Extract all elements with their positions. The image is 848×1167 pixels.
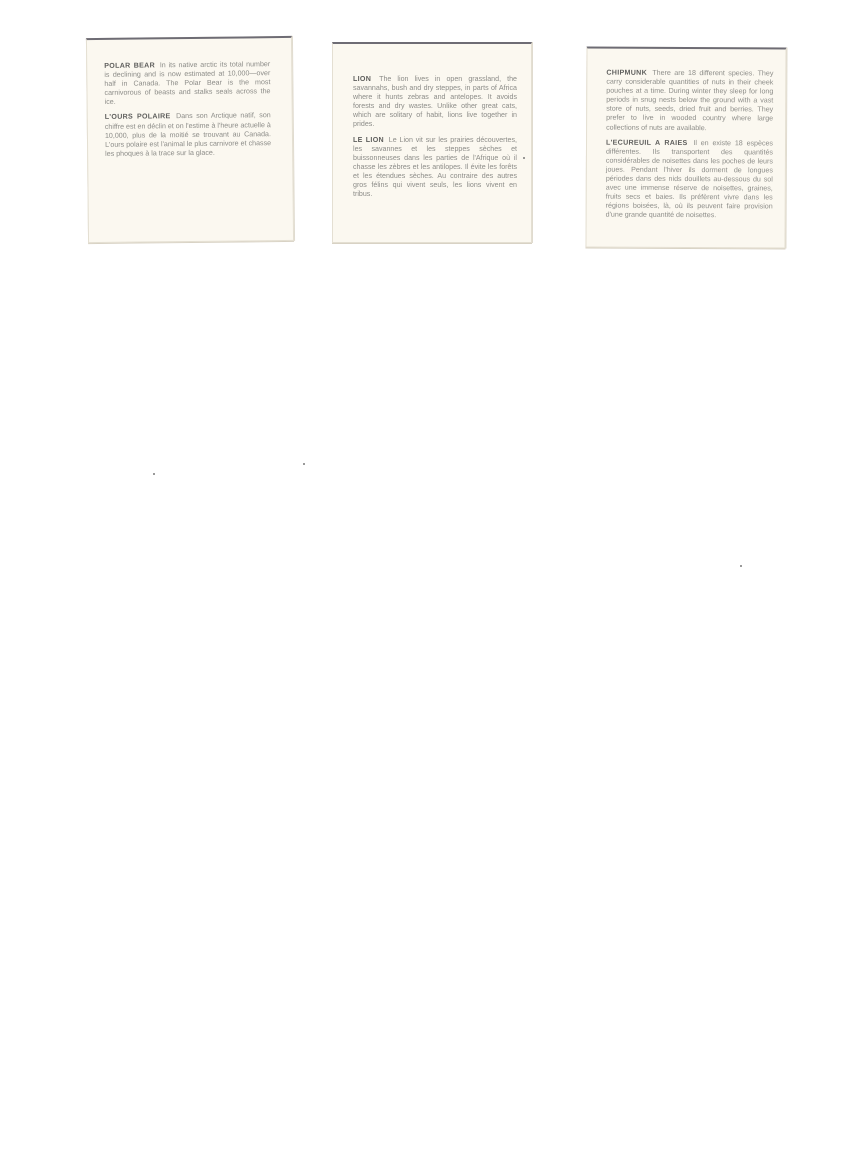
description-french: Il en existe 18 espèces différentes. Ils… [606,139,773,220]
french-paragraph: L'ECUREUIL A RAIES Il en existe 18 espèc… [606,138,773,221]
animal-name-english: POLAR BEAR [104,61,155,70]
card-lion: LION The lion lives in open grassland, t… [332,42,532,243]
animal-name-french: L'ECUREUIL A RAIES [606,138,688,146]
card-polar-bear: POLAR BEAR In its native arctic its tota… [86,36,294,243]
french-paragraph: LE LION Le Lion vit sur les prairies déc… [353,136,517,200]
dust-speck [523,157,525,159]
french-paragraph: L'OURS POLAIRE Dans son Arctique natif, … [105,112,271,159]
english-paragraph: POLAR BEAR In its native arctic its tota… [104,60,270,107]
dust-speck [740,565,742,567]
dust-speck [153,473,155,475]
description-french: Le Lion vit sur les prairies découvertes… [353,136,517,199]
description-english: There are 18 different species. They car… [606,69,773,132]
dust-speck [303,463,305,465]
english-paragraph: CHIPMUNK There are 18 different species.… [606,69,773,134]
animal-name-english: LION [353,75,371,83]
animal-name-english: CHIPMUNK [606,69,647,77]
card-chipmunk: CHIPMUNK There are 18 different species.… [585,46,786,248]
animal-name-french: LE LION [353,136,384,144]
english-paragraph: LION The lion lives in open grassland, t… [353,75,517,130]
description-english: The lion lives in open grassland, the sa… [353,75,517,128]
animal-name-french: L'OURS POLAIRE [105,113,171,122]
